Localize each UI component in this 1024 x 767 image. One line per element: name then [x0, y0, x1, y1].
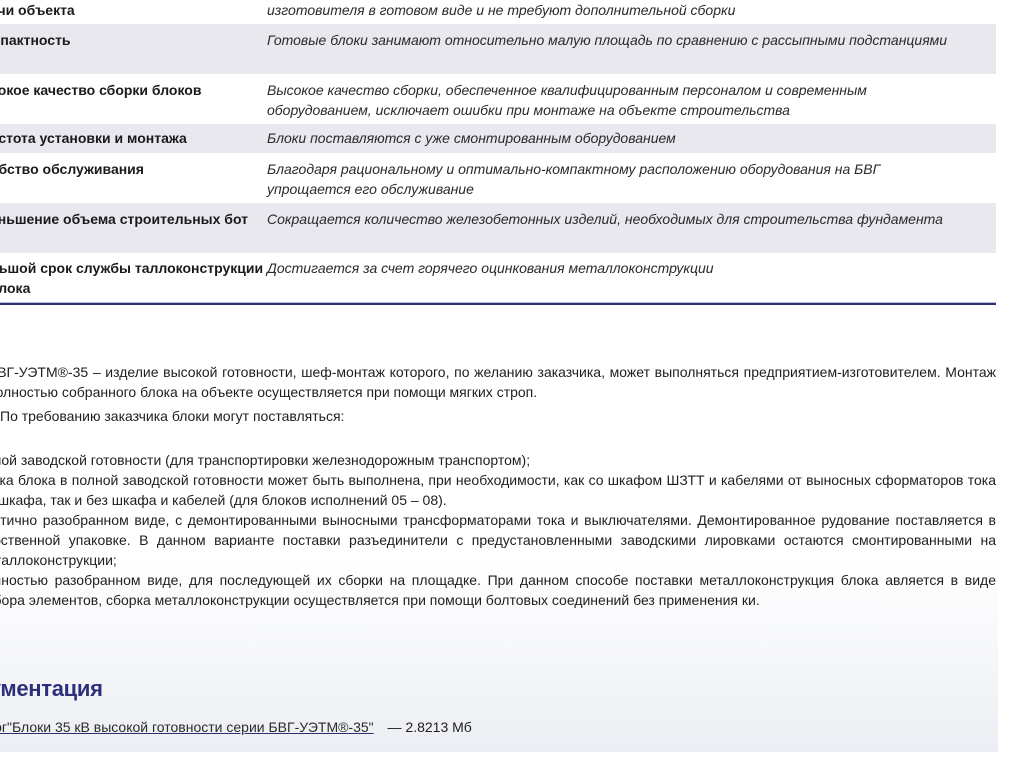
file-size: — 2.8213 Мб [388, 719, 472, 735]
feature-description: Готовые блоки занимают относительно малу… [267, 24, 996, 74]
feature-description: Достигается за счет горячего оцинкования… [267, 253, 996, 302]
table-row: ачи объекта изготовителя в готовом виде … [0, 0, 996, 24]
feature-name: остота установки и монтажа [0, 124, 267, 153]
right-margin [998, 0, 1024, 767]
feature-name: льшой срок службы таллоконструкции блока [0, 253, 267, 302]
feature-name: мпактность [0, 24, 267, 74]
table-row: льшой срок службы таллоконструкции блока… [0, 253, 996, 302]
list-item: олной заводской готовности (для транспор… [0, 450, 996, 470]
documentation-heading: кументация [0, 674, 103, 704]
table-row: еньшение объема строительных бот Сокраща… [0, 203, 996, 253]
list-item: частично разобранном виде, с демонтирова… [0, 510, 996, 570]
feature-description: Сокращается количество железобетонных из… [267, 203, 996, 253]
feature-description: Высокое качество сборки, обеспеченное кв… [267, 74, 996, 124]
table-row: остота установки и монтажа Блоки поставл… [0, 124, 996, 153]
feature-name: еньшение объема строительных бот [0, 203, 267, 253]
documentation-file: алог"Блоки 35 кВ высокой готовности сери… [0, 717, 472, 737]
feature-description: изготовителя в готовом виде и не требуют… [267, 0, 996, 24]
list-item: полностью разобранном виде, для последую… [0, 570, 996, 610]
order-intro: По требованию заказчика блоки могут пост… [0, 406, 1008, 426]
feature-name: ачи объекта [0, 0, 267, 24]
feature-name: сокое качество сборки блоков [0, 74, 267, 124]
feature-name: обство обслуживания [0, 153, 267, 203]
intro-paragraph: БВГ-УЭТМ®-35 – изделие высокой готовност… [0, 362, 996, 402]
page: ачи объекта изготовителя в готовом виде … [0, 0, 1024, 767]
table-row: сокое качество сборки блоков Высокое кач… [0, 74, 996, 124]
feature-description: Благодаря рациональному и оптимально-ком… [267, 153, 996, 203]
feature-description: Блоки поставляются с уже смонтированным … [267, 124, 996, 153]
features-table: ачи объекта изготовителя в готовом виде … [0, 0, 996, 302]
table-bottom-border [0, 302, 996, 305]
table-row: мпактность Готовые блоки занимают относи… [0, 24, 996, 74]
list-item: тавка блока в полной заводской готовност… [0, 470, 996, 510]
delivery-options-list: олной заводской готовности (для транспор… [0, 450, 996, 610]
catalog-download-link[interactable]: алог"Блоки 35 кВ высокой готовности сери… [0, 719, 374, 735]
table-row: обство обслуживания Благодаря рациональн… [0, 153, 996, 203]
